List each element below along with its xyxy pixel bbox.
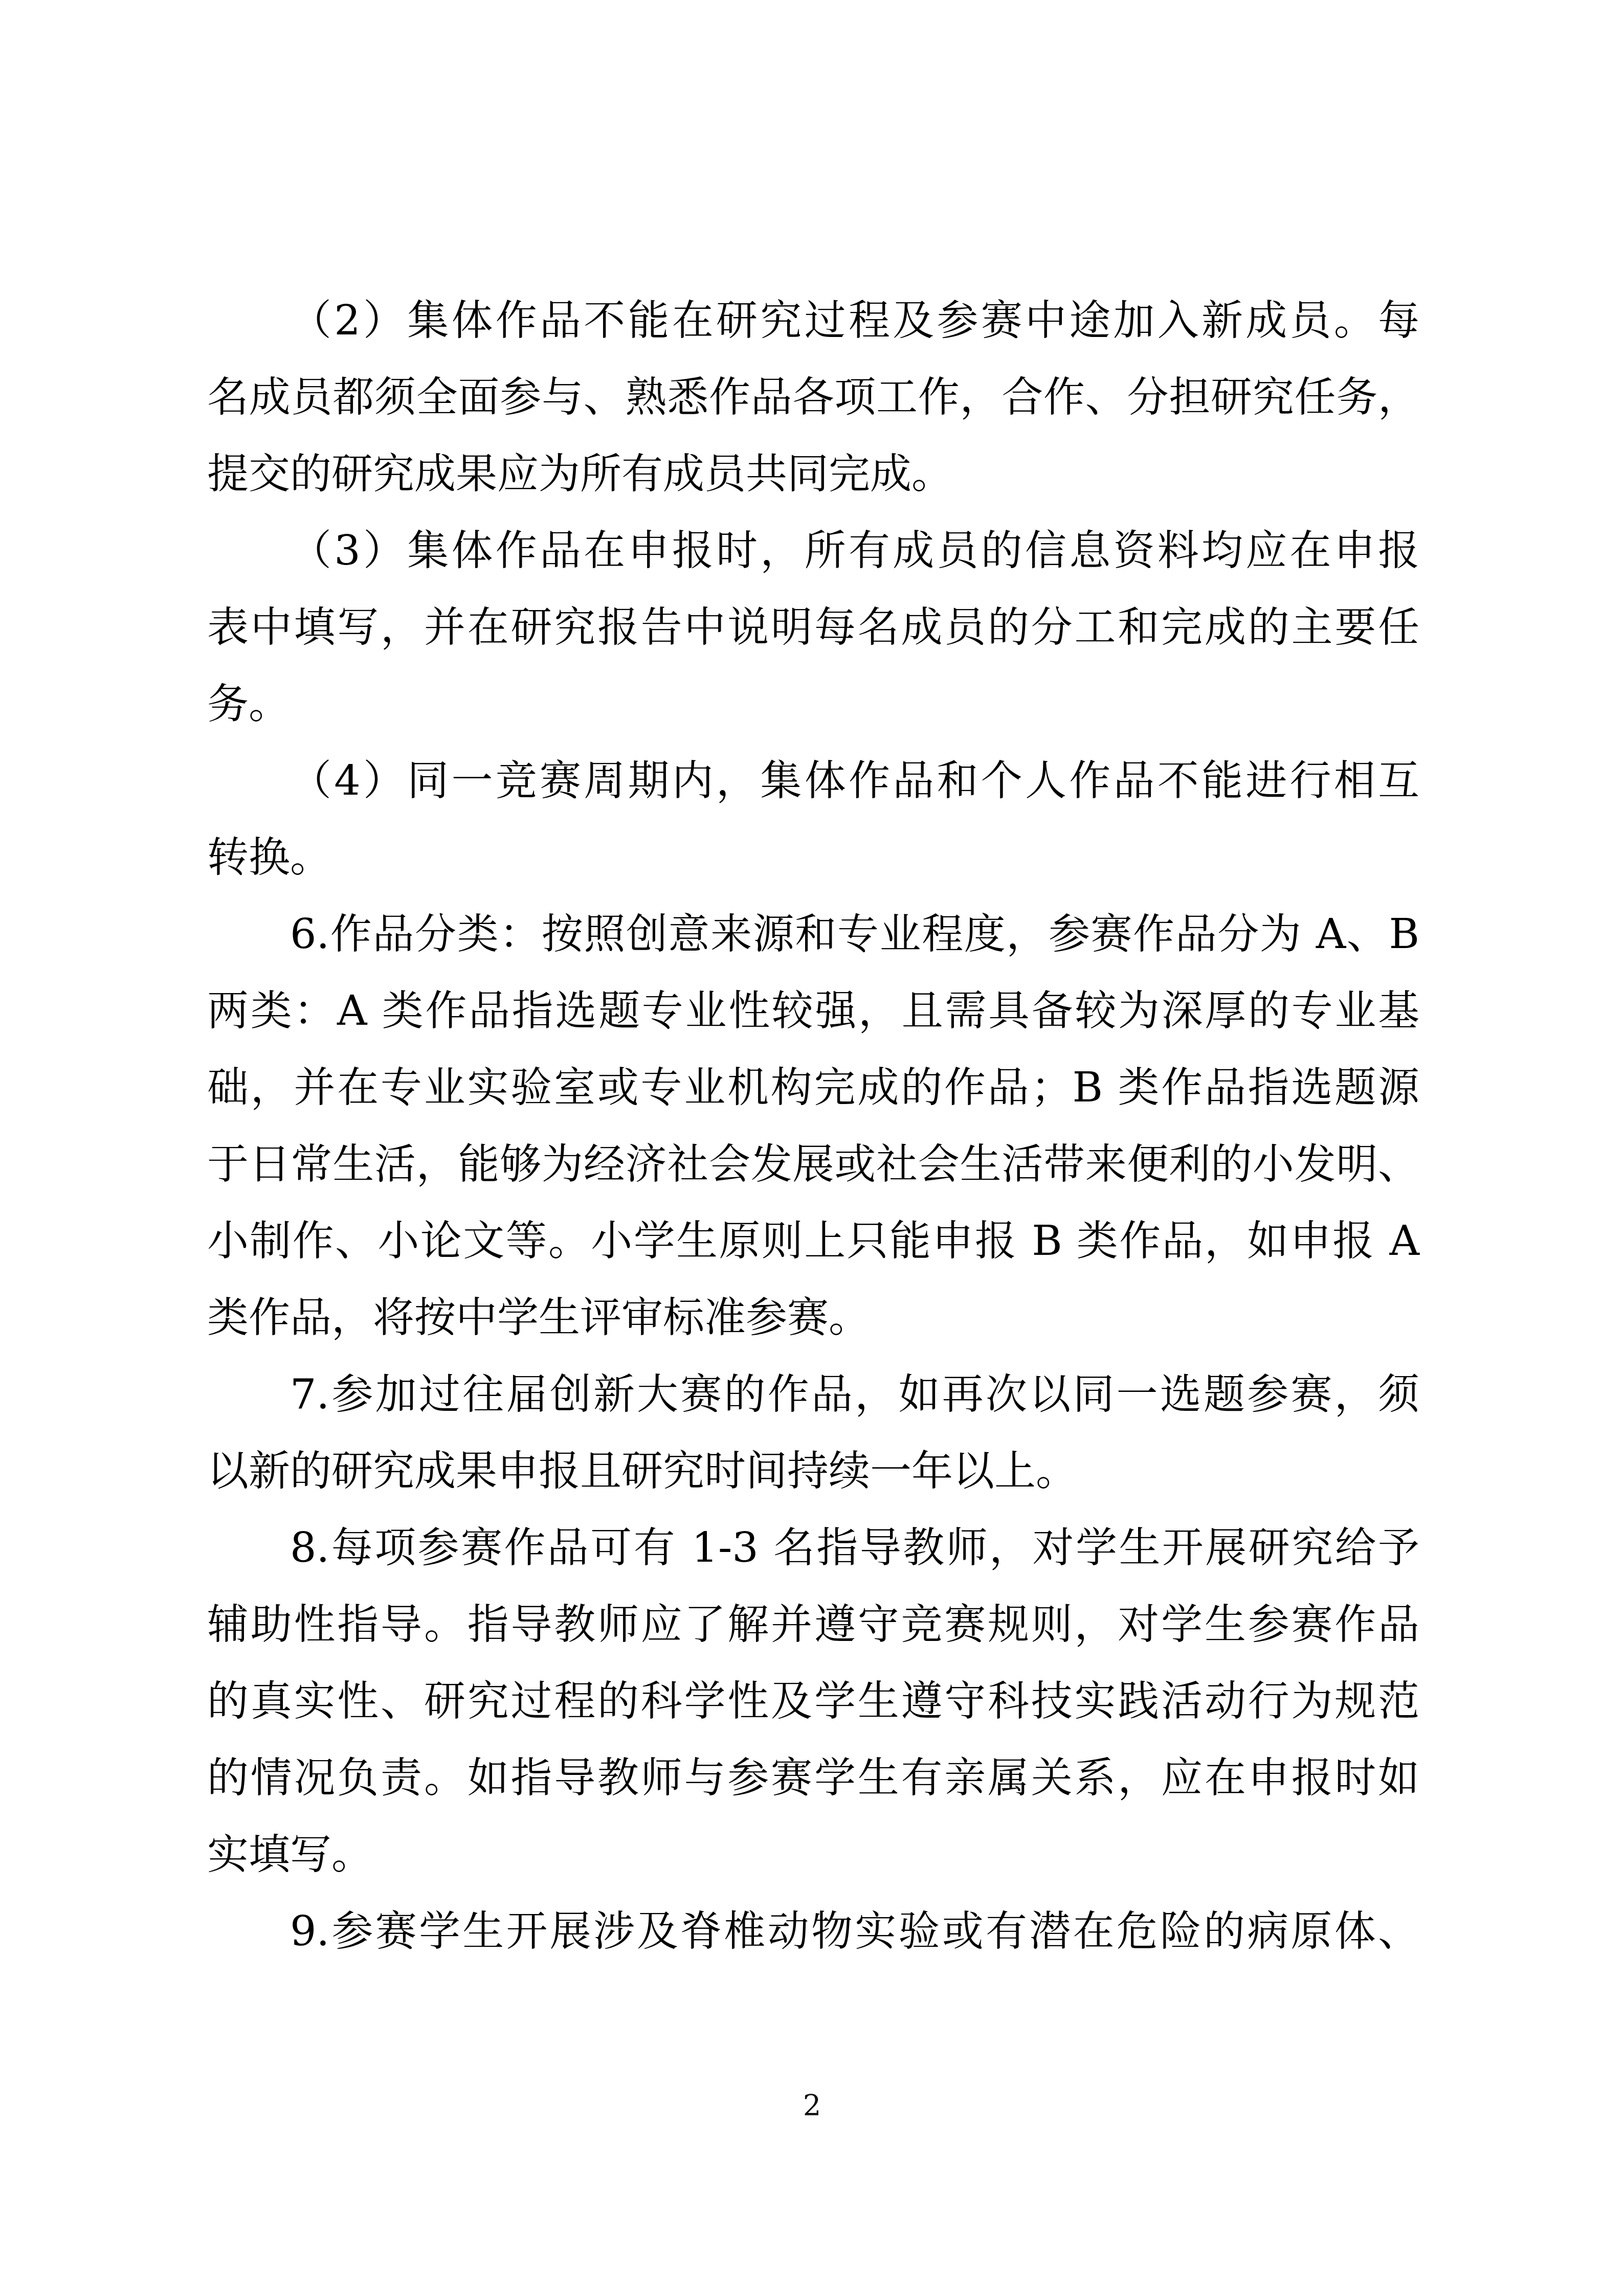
text-line: 7.参加过往届创新大赛的作品，如再次以同一选题参赛，须 xyxy=(207,1356,1419,1433)
text-line: 9.参赛学生开展涉及脊椎动物实验或有潜在危险的病原体、 xyxy=(207,1893,1419,1970)
text-line: 小制作、小论文等。小学生原则上只能申报 B 类作品，如申报 A xyxy=(207,1203,1419,1279)
document-page: （2）集体作品不能在研究过程及参赛中途加入新成员。每 名成员都须全面参与、熟悉作… xyxy=(0,0,1624,2296)
text-line: 以新的研究成果申报且研究时间持续一年以上。 xyxy=(207,1433,1419,1510)
text-line: 类作品，将按中学生评审标准参赛。 xyxy=(207,1279,1419,1356)
text-line: 提交的研究成果应为所有成员共同完成。 xyxy=(207,436,1419,512)
text-line: 于日常生活，能够为经济社会发展或社会生活带来便利的小发明、 xyxy=(207,1126,1419,1203)
page-number: 2 xyxy=(0,2090,1624,2121)
text-line: 础，并在专业实验室或专业机构完成的作品；B 类作品指选题源 xyxy=(207,1049,1419,1126)
text-line: 6.作品分类：按照创意来源和专业程度，参赛作品分为 A、B xyxy=(207,896,1419,973)
text-line: 名成员都须全面参与、熟悉作品各项工作，合作、分担研究任务， xyxy=(207,359,1419,436)
text-line: 转换。 xyxy=(207,819,1419,896)
text-line: 的真实性、研究过程的科学性及学生遵守科技实践活动行为规范 xyxy=(207,1663,1419,1740)
text-line: （3）集体作品在申报时，所有成员的信息资料均应在申报 xyxy=(207,512,1419,589)
document-body-text: （2）集体作品不能在研究过程及参赛中途加入新成员。每 名成员都须全面参与、熟悉作… xyxy=(207,282,1419,1970)
text-line: 的情况负责。如指导教师与参赛学生有亲属关系，应在申报时如 xyxy=(207,1740,1419,1816)
text-line: 务。 xyxy=(207,666,1419,742)
text-line: 表中填写，并在研究报告中说明每名成员的分工和完成的主要任 xyxy=(207,589,1419,666)
text-line: （4）同一竞赛周期内，集体作品和个人作品不能进行相互 xyxy=(207,742,1419,819)
text-line: 实填写。 xyxy=(207,1816,1419,1893)
text-line: 两类：A 类作品指选题专业性较强，且需具备较为深厚的专业基 xyxy=(207,973,1419,1049)
text-line: 8.每项参赛作品可有 1-3 名指导教师，对学生开展研究给予 xyxy=(207,1510,1419,1586)
text-line: （2）集体作品不能在研究过程及参赛中途加入新成员。每 xyxy=(207,282,1419,359)
text-line: 辅助性指导。指导教师应了解并遵守竞赛规则，对学生参赛作品 xyxy=(207,1586,1419,1663)
